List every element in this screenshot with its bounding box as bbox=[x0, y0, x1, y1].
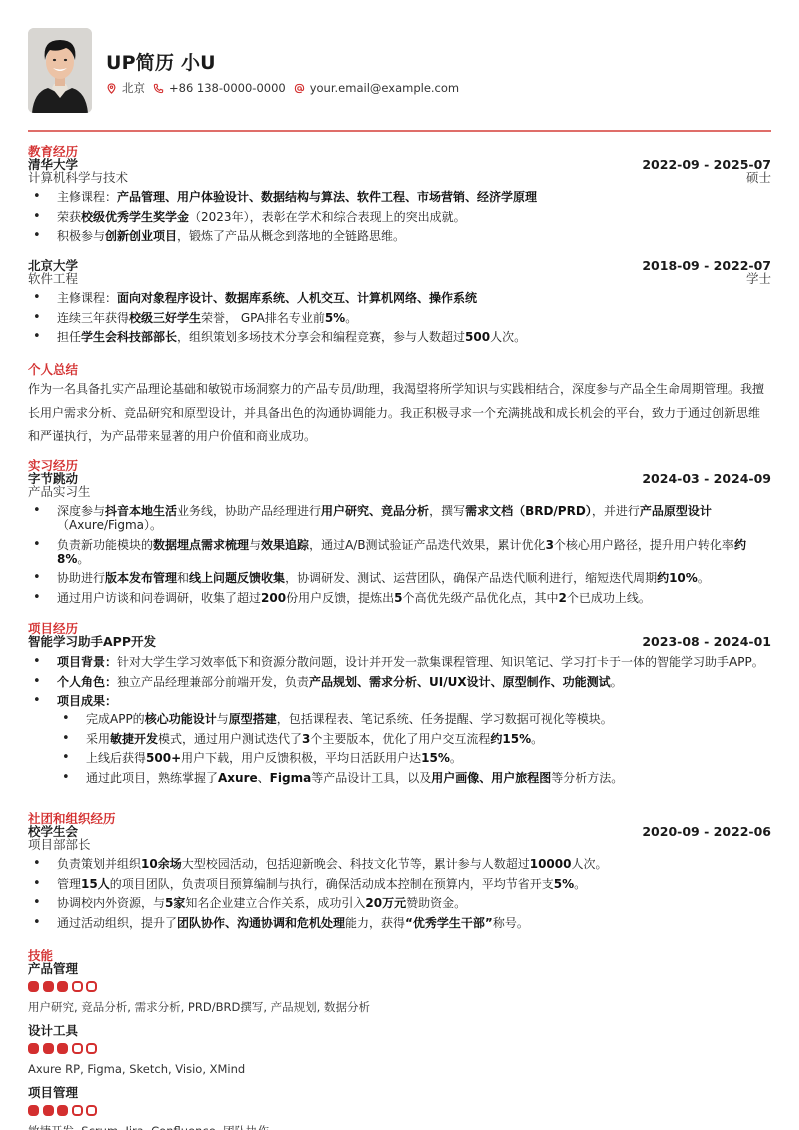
bullet-item: 主修课程：面向对象程序设计、数据库系统、人机交互、计算机网络、操作系统 bbox=[28, 291, 771, 305]
bullet-item: 管理15人的项目团队，负责项目预算编制与执行，确保活动成本控制在预算内，平均节省… bbox=[28, 877, 771, 891]
bullet-item: 协助进行版本发布管理和线上问题反馈收集，协调研发、测试、运营团队，确保产品迭代顺… bbox=[28, 571, 771, 585]
rating-dot-empty-icon bbox=[86, 981, 97, 992]
rating-dot-filled-icon bbox=[57, 981, 68, 992]
bullet-item: 通过用户访谈和问卷调研，收集了超过200份用户反馈，提炼出5个高优先级产品优化点… bbox=[28, 591, 771, 605]
header-divider bbox=[28, 130, 771, 132]
rating-dot-filled-icon bbox=[43, 981, 54, 992]
bullet-item: 深度参与抖音本地生活业务线，协助产品经理进行用户研究、竞品分析，撰写需求文档（B… bbox=[28, 504, 771, 532]
major: 软件工程 bbox=[28, 272, 78, 286]
bullet-item: 个人角色：独立产品经理兼部分前端开发，负责产品规划、需求分析、UI/UX设计、原… bbox=[28, 675, 771, 689]
rating-dot-empty-icon bbox=[72, 1043, 83, 1054]
skill-list: 敏捷开发, Scrum, Jira, Confluence, 团队协作 bbox=[28, 1124, 269, 1130]
results-label: 项目成果： bbox=[57, 694, 117, 708]
skill-list: 用户研究, 竞品分析, 需求分析, PRD/BRD撰写, 产品规划, 数据分析 bbox=[28, 1000, 370, 1014]
job-role: 产品实习生 bbox=[28, 485, 91, 499]
date-range: 2024-03 - 2024-09 bbox=[642, 472, 771, 486]
resume-header: UP简历 小U 北京 +86 138-0000-0000 your.email@… bbox=[28, 28, 771, 114]
organization-role: 项目部部长 bbox=[28, 838, 91, 852]
date-range: 2020-09 - 2022-06 bbox=[642, 825, 771, 839]
skill-name: 项目管理 bbox=[28, 1086, 78, 1100]
email-text[interactable]: your.email@example.com bbox=[310, 81, 459, 95]
contact-location: 北京 bbox=[106, 80, 145, 96]
degree: 硕士 bbox=[746, 171, 771, 185]
contact-phone: +86 138-0000-0000 bbox=[153, 81, 286, 95]
project-bullets: 项目背景：针对大学生学习效率低下和资源分散问题，设计并开发一款集课程管理、知识笔… bbox=[28, 655, 771, 790]
bullet-item: 负责新功能模块的数据埋点需求梳理与效果追踪，通过A/B测试验证产品迭代效果，累计… bbox=[28, 538, 771, 566]
skill-level-rating bbox=[28, 1043, 101, 1054]
rating-dot-filled-icon bbox=[28, 1043, 39, 1054]
rating-dot-filled-icon bbox=[28, 981, 39, 992]
rating-dot-filled-icon bbox=[43, 1105, 54, 1116]
bullet-item: 协调校内外资源，与5家知名企业建立合作关系，成功引入20万元赞助资金。 bbox=[28, 896, 771, 910]
rating-dot-filled-icon bbox=[28, 1105, 39, 1116]
at-sign-icon bbox=[294, 83, 305, 94]
project-name: 智能学习助手APP开发 bbox=[28, 635, 156, 649]
summary-text: 作为一名具备扎实产品理论基础和敏锐市场洞察力的产品专员/助理，我渴望将所学知识与… bbox=[28, 378, 771, 449]
rating-dot-filled-icon bbox=[57, 1043, 68, 1054]
rating-dot-empty-icon bbox=[86, 1043, 97, 1054]
contact-info: 北京 +86 138-0000-0000 your.email@example.… bbox=[106, 80, 467, 96]
contact-email[interactable]: your.email@example.com bbox=[294, 81, 459, 95]
phone-icon bbox=[153, 83, 164, 94]
bullet-item: 项目背景：针对大学生学习效率低下和资源分散问题，设计并开发一款集课程管理、知识笔… bbox=[28, 655, 771, 669]
major: 计算机科学与技术 bbox=[28, 171, 128, 185]
bullet-item: 完成APP的核心功能设计与原型搭建，包括课程表、笔记系统、任务提醒、学习数据可视… bbox=[57, 712, 771, 726]
rating-dot-empty-icon bbox=[72, 981, 83, 992]
skill-level-rating bbox=[28, 1105, 101, 1116]
bullet-item: 通过此项目，熟练掌握了Axure、Figma等产品设计工具，以及用户画像、用户旅… bbox=[57, 771, 771, 785]
skill-list: Axure RP, Figma, Sketch, Visio, XMind bbox=[28, 1062, 245, 1076]
location-text: 北京 bbox=[122, 80, 145, 96]
project-results: 完成APP的核心功能设计与原型搭建，包括课程表、笔记系统、任务提醒、学习数据可视… bbox=[57, 712, 771, 785]
phone-text: +86 138-0000-0000 bbox=[169, 81, 286, 95]
rating-dot-empty-icon bbox=[86, 1105, 97, 1116]
skill-name: 产品管理 bbox=[28, 962, 78, 976]
internship-bullets: 深度参与抖音本地生活业务线，协助产品经理进行用户研究、竞品分析，撰写需求文档（B… bbox=[28, 504, 771, 610]
skill-name: 设计工具 bbox=[28, 1024, 78, 1038]
degree: 学士 bbox=[746, 272, 771, 286]
bullet-item: 通过活动组织，提升了团队协作、沟通协调和危机处理能力，获得“优秀学生干部”称号。 bbox=[28, 916, 771, 930]
rating-dot-empty-icon bbox=[72, 1105, 83, 1116]
date-range: 2023-08 - 2024-01 bbox=[642, 635, 771, 649]
location-pin-icon bbox=[106, 83, 117, 94]
bullet-item: 连续三年获得校级三好学生荣誉， GPA排名专业前5%。 bbox=[28, 311, 771, 325]
bullet-item: 负责策划并组织10余场大型校园活动，包括迎新晚会、科技文化节等，累计参与人数超过… bbox=[28, 857, 771, 871]
bullet-item: 主修课程：产品管理、用户体验设计、数据结构与算法、软件工程、市场营销、经济学原理 bbox=[28, 190, 771, 204]
avatar bbox=[28, 28, 92, 113]
skill-level-rating bbox=[28, 981, 101, 992]
organization-bullets: 负责策划并组织10余场大型校园活动，包括迎新晚会、科技文化节等，累计参与人数超过… bbox=[28, 857, 771, 935]
education-bullets: 主修课程：产品管理、用户体验设计、数据结构与算法、软件工程、市场营销、经济学原理… bbox=[28, 190, 771, 249]
bullet-item: 积极参与创新创业项目，锻炼了产品从概念到落地的全链路思维。 bbox=[28, 229, 771, 243]
bullet-item: 上线后获得500+用户下载，用户反馈积极，平均日活跃用户达15%。 bbox=[57, 751, 771, 765]
candidate-name: UP简历 小U bbox=[106, 48, 216, 75]
section-title-summary: 个人总结 bbox=[28, 363, 78, 377]
education-bullets: 主修课程：面向对象程序设计、数据库系统、人机交互、计算机网络、操作系统连续三年获… bbox=[28, 291, 771, 350]
rating-dot-filled-icon bbox=[57, 1105, 68, 1116]
bullet-item: 采用敏捷开发模式，通过用户测试迭代了3个主要版本，优化了用户交互流程约15%。 bbox=[57, 732, 771, 746]
rating-dot-filled-icon bbox=[43, 1043, 54, 1054]
bullet-item: 荣获校级优秀学生奖学金（2023年），表彰在学术和综合表现上的突出成就。 bbox=[28, 210, 771, 224]
bullet-item: 担任学生会科技部部长，组织策划多场技术分享会和编程竞赛，参与人数超过500人次。 bbox=[28, 330, 771, 344]
bullet-item: 项目成果： 完成APP的核心功能设计与原型搭建，包括课程表、笔记系统、任务提醒、… bbox=[28, 694, 771, 785]
profile-photo-icon bbox=[28, 28, 92, 113]
